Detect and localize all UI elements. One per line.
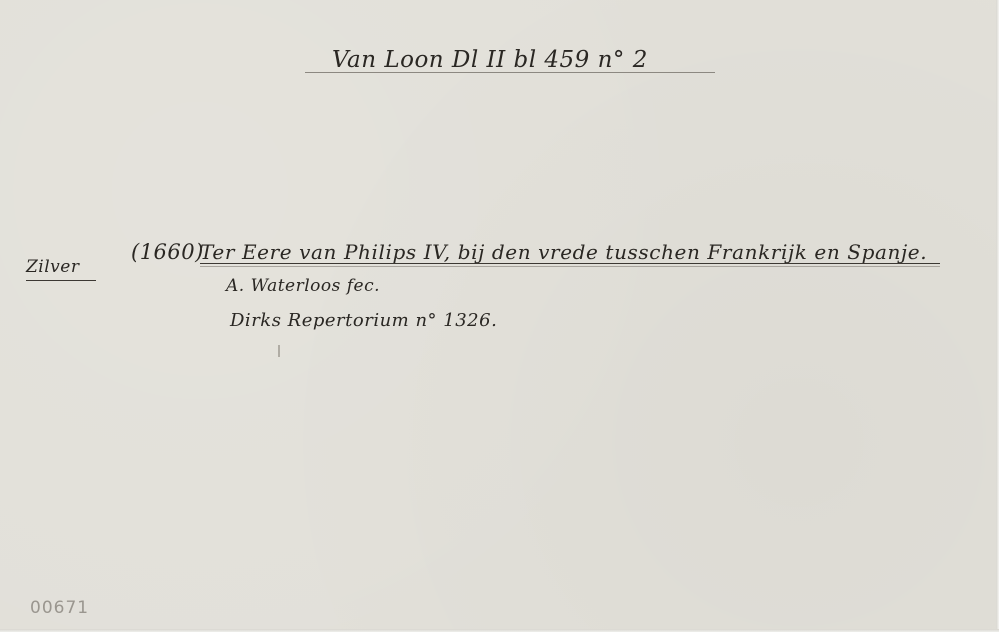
entry-year: (1660) bbox=[131, 240, 204, 264]
card-heading: Van Loon Dl II bl 459 n° 2 bbox=[332, 47, 648, 73]
pencil-mark bbox=[278, 345, 280, 357]
heading-rule bbox=[305, 72, 715, 73]
title-ruled-line bbox=[200, 266, 940, 267]
title-underline bbox=[200, 263, 940, 264]
entry-title: Ter Eere van Philips IV, bij den vrede t… bbox=[200, 240, 927, 264]
entry-artist: A. Waterloos fec. bbox=[226, 276, 380, 296]
catalog-card: Van Loon Dl II bl 459 n° 2 Zilver (1660)… bbox=[0, 0, 999, 632]
material-underline bbox=[26, 280, 96, 281]
material-label: Zilver bbox=[26, 257, 79, 277]
entry-reference: Dirks Repertorium n° 1326. bbox=[230, 310, 497, 331]
inventory-number: 00671 bbox=[30, 598, 89, 618]
